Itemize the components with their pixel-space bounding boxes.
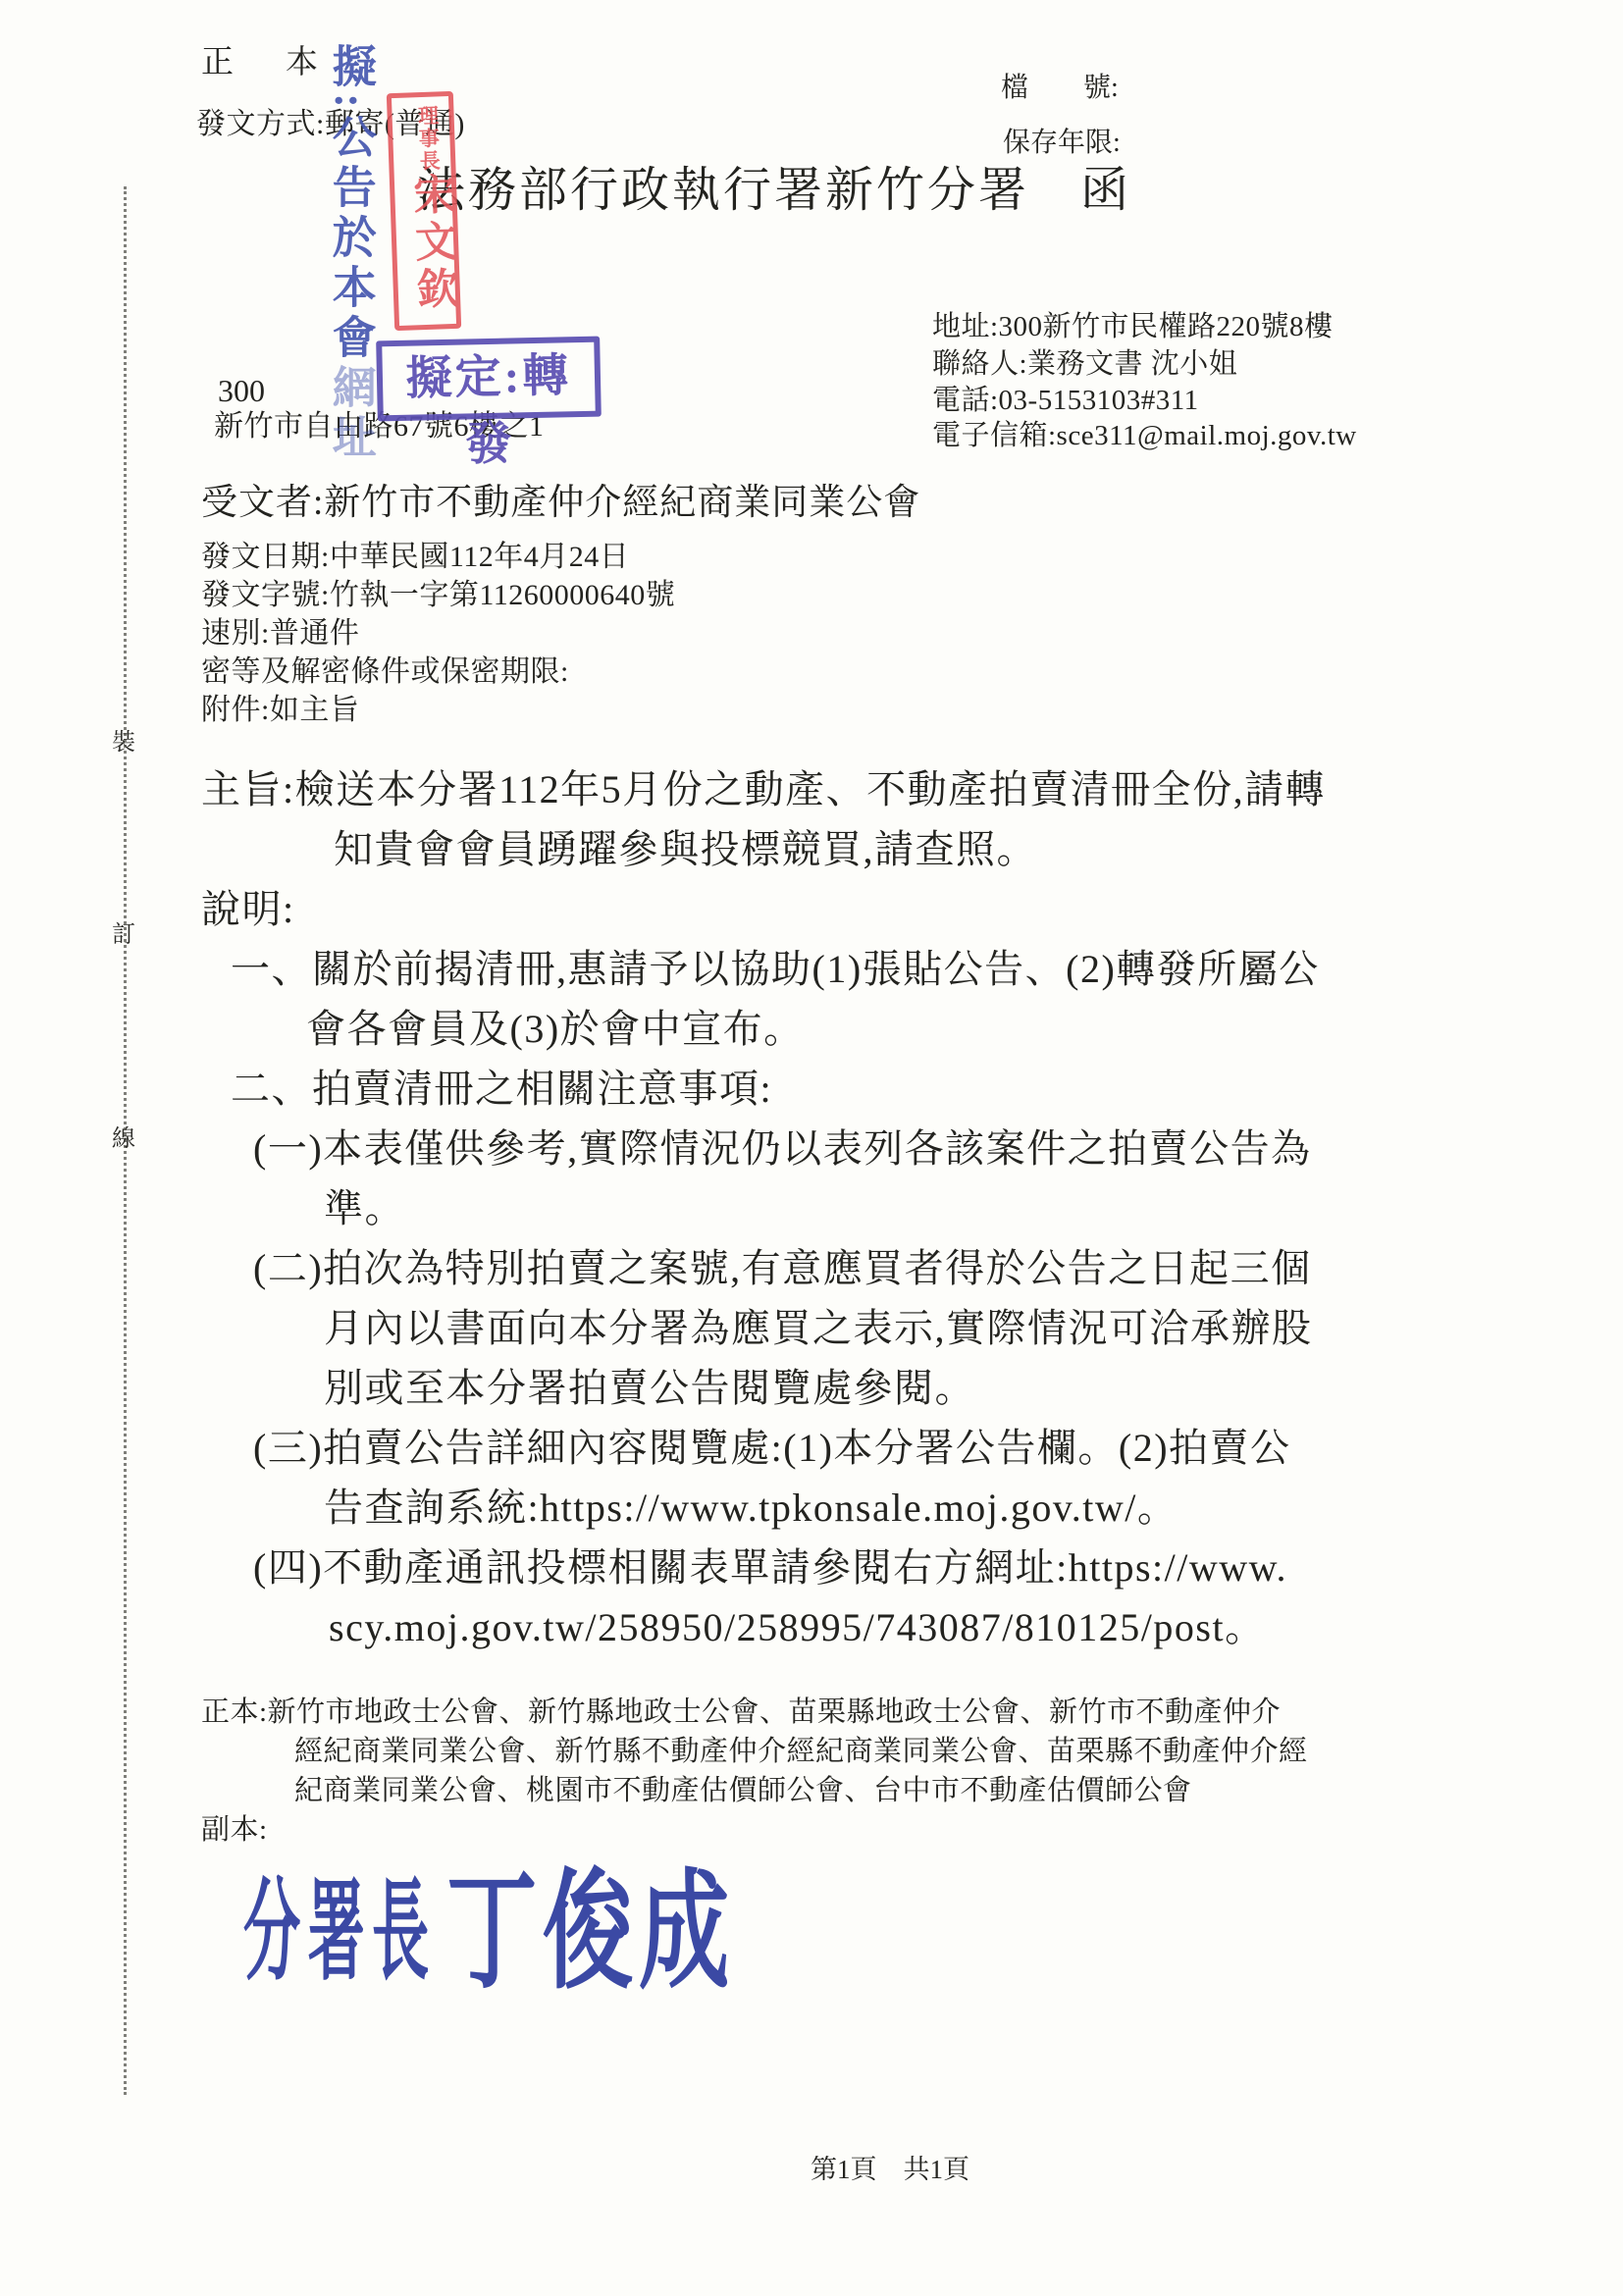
explanation-sub4-line1: (四)不動產通訊投標相關表單請參閱右方網址:https://www. xyxy=(253,1545,1287,1591)
chairman-seal-text: 理事長宋文欽 xyxy=(397,104,465,322)
chairman-seal-name: 宋文欽 xyxy=(407,172,458,315)
subject-line-1: 主旨:檢送本分署112年5月份之動產、不動產拍賣清冊全份,請轉 xyxy=(201,767,1326,812)
signature-title-stamp: 分署長 xyxy=(243,1870,437,1997)
approval-note-faint-text: 網址 xyxy=(326,364,375,464)
explanation-item1-line2: 會各會員及(3)於會中宣布。 xyxy=(306,1007,805,1052)
issue-date: 發文日期:中華民國112年4月24日 xyxy=(201,541,629,575)
copy-to-label: 副本: xyxy=(201,1814,268,1847)
retention-period-label: 保存年限: xyxy=(1003,128,1121,159)
subject-line-2: 知貴會會員踴躍參與投標競買,請查照。 xyxy=(334,827,1037,872)
explanation-sub1-line1: (一)本表僅供參考,實際情況仍以表列各該案件之拍賣公告為 xyxy=(253,1126,1312,1172)
speed-class: 速別:普通件 xyxy=(201,617,359,652)
explanation-item2: 二、拍賣清冊之相關注意事項: xyxy=(231,1067,772,1112)
sender-contact: 聯絡人:業務文書 沈小姐 xyxy=(932,348,1237,381)
cc-original-line3: 紀商業同業公會、桃園市不動產估價師公會、台中市不動產估價師公會 xyxy=(294,1775,1192,1807)
security-class: 密等及解密條件或保密期限: xyxy=(201,655,569,690)
forward-decision-stamp: 擬定:轉發 xyxy=(376,337,602,422)
explanation-sub3-line1: (三)拍賣公告詳細內容閱覽處:(1)本分署公告欄。(2)拍賣公 xyxy=(253,1426,1291,1471)
explanation-label: 說明: xyxy=(201,887,295,932)
attachment-note: 附件:如主旨 xyxy=(201,694,359,728)
sender-phone: 電話:03-5153103#311 xyxy=(932,385,1199,417)
signature-name-stamp: 丁俊成 xyxy=(446,1858,735,2008)
recipient-line: 受文者:新竹市不動產仲介經紀商業同業公會 xyxy=(201,483,920,525)
explanation-sub1-line2: 準。 xyxy=(324,1186,405,1231)
explanation-sub2-line2: 月內以書面向本分署為應買之表示,實際情況可洽承辦股 xyxy=(324,1306,1313,1351)
recipient-postal-code: 300 xyxy=(218,373,265,409)
file-number-label: 檔 號: xyxy=(1001,73,1119,104)
explanation-sub4-line2: scy.moj.gov.tw/258950/258995/743087/8101… xyxy=(329,1605,1266,1650)
explanation-sub2-line3: 別或至本分署拍賣公告閱覽處參閱。 xyxy=(324,1366,975,1411)
page-footer: 第1頁 共1頁 xyxy=(811,2155,969,2185)
chairman-seal: 理事長宋文欽 xyxy=(387,91,461,331)
copy-type-label: 正 本 xyxy=(201,45,328,82)
scanned-official-letter: 裝 訂 線 正 本 發文方式:郵寄(普通) 檔 號: 保存年限: 法務部行政執行… xyxy=(0,0,1623,2296)
document-number: 發文字號:竹執一字第11260000640號 xyxy=(201,579,675,613)
explanation-sub2-line1: (二)拍次為特別拍賣之案號,有意應買者得於公告之日起三個 xyxy=(253,1246,1312,1291)
binding-mark-zhuang: 裝 xyxy=(108,722,139,757)
binding-mark-xian: 線 xyxy=(108,1119,139,1153)
approval-note-stamp: 擬:公告於本會網址 xyxy=(324,43,375,514)
approval-note-main-text: 擬:公告於本會 xyxy=(326,43,375,364)
sender-email: 電子信箱:sce311@mail.moj.gov.tw xyxy=(932,420,1357,452)
binding-mark-ding: 訂 xyxy=(108,914,139,949)
sender-address: 地址:300新竹市民權路220號8樓 xyxy=(932,311,1334,343)
chairman-seal-title: 理事長 xyxy=(415,104,441,173)
cc-original-line1: 正本:新竹市地政士公會、新竹縣地政士公會、苗栗縣地政士公會、新竹市不動產仲介 xyxy=(201,1696,1281,1729)
explanation-sub3-line2: 告查詢系統:https://www.tpkonsale.moj.gov.tw/。 xyxy=(324,1486,1178,1531)
document-title: 法務部行政執行署新竹分署 函 xyxy=(417,163,1131,218)
explanation-item1-line1: 一、關於前揭清冊,惠請予以協助(1)張貼公告、(2)轉發所屬公 xyxy=(231,947,1320,992)
cc-original-line2: 經紀商業同業公會、新竹縣不動產仲介經紀商業同業公會、苗栗縣不動產仲介經 xyxy=(294,1736,1308,1768)
